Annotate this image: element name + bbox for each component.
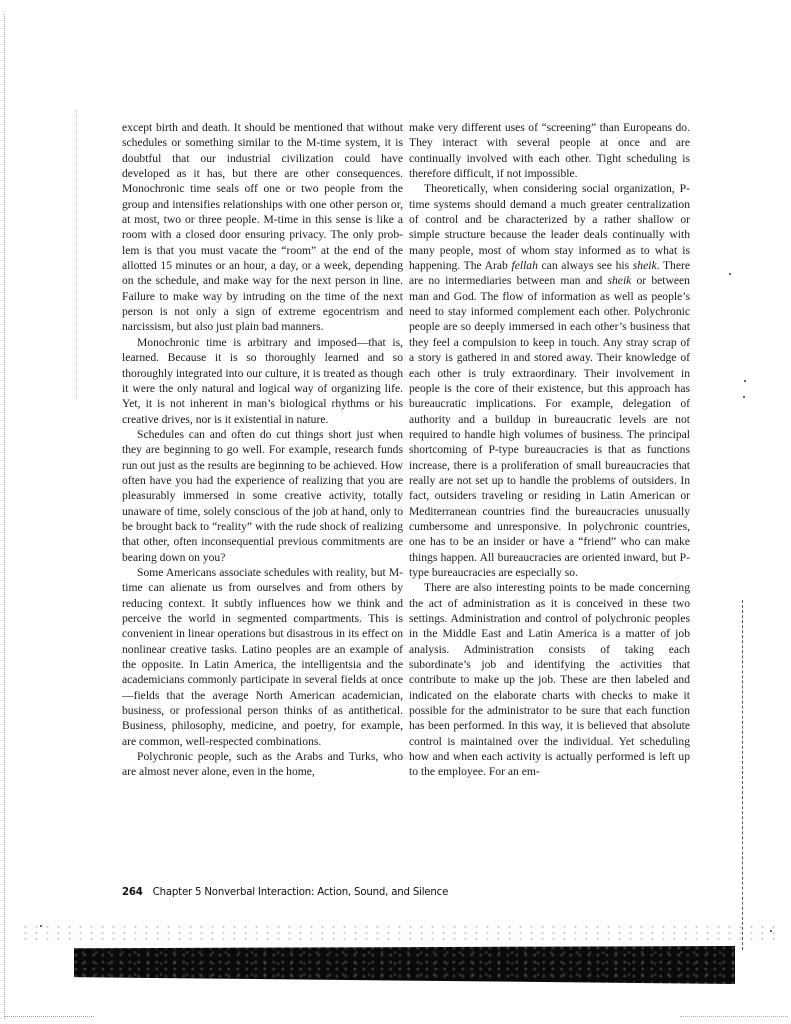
scan-bottom-edge-line bbox=[4, 1016, 94, 1018]
page-right-edge-line bbox=[742, 600, 744, 950]
scan-dust-mark bbox=[40, 925, 42, 927]
scan-dust-mark bbox=[770, 930, 772, 932]
text-run: can always see his bbox=[538, 259, 633, 272]
italic-term-sheik: sheik bbox=[633, 259, 657, 272]
italic-term-fellah: fellah bbox=[512, 259, 538, 272]
scan-left-inner-line bbox=[76, 110, 78, 400]
scan-noise-speckles bbox=[20, 924, 780, 944]
paragraph: Schedules can and often do cut things sh… bbox=[122, 427, 403, 565]
page-footer: 264Chapter 5 Nonverbal Interaction: Acti… bbox=[122, 887, 448, 898]
scan-left-edge-line bbox=[4, 14, 6, 1019]
scan-bottom-right-edge-line bbox=[680, 1016, 788, 1018]
running-head: Chapter 5 Nonverbal Interaction: Action,… bbox=[153, 887, 448, 898]
paragraph: Some Americans associate schedules with … bbox=[122, 565, 403, 749]
paragraph: make very different uses of “screening” … bbox=[409, 120, 690, 181]
right-column: make very different uses of “screening” … bbox=[409, 120, 690, 780]
page-number: 264 bbox=[122, 887, 143, 898]
scan-dust-mark bbox=[744, 380, 746, 382]
scan-dust-mark bbox=[729, 273, 731, 275]
paragraph: except birth and death. It should be men… bbox=[122, 120, 403, 335]
scan-dust-mark bbox=[743, 396, 745, 398]
paragraph: Theoretically, when considering social o… bbox=[409, 181, 690, 580]
paragraph: There are also interesting points to be … bbox=[409, 580, 690, 779]
left-column: except birth and death. It should be men… bbox=[122, 120, 403, 780]
two-column-body: except birth and death. It should be men… bbox=[122, 120, 690, 780]
italic-term-sheik: sheik bbox=[608, 274, 632, 287]
paragraph: Polychronic people, such as the Arabs an… bbox=[122, 749, 403, 780]
text-run: or between man and God. The flow of info… bbox=[409, 274, 690, 579]
paragraph: Monochronic time is arbitrary and impose… bbox=[122, 335, 403, 427]
scan-black-band bbox=[74, 946, 735, 984]
